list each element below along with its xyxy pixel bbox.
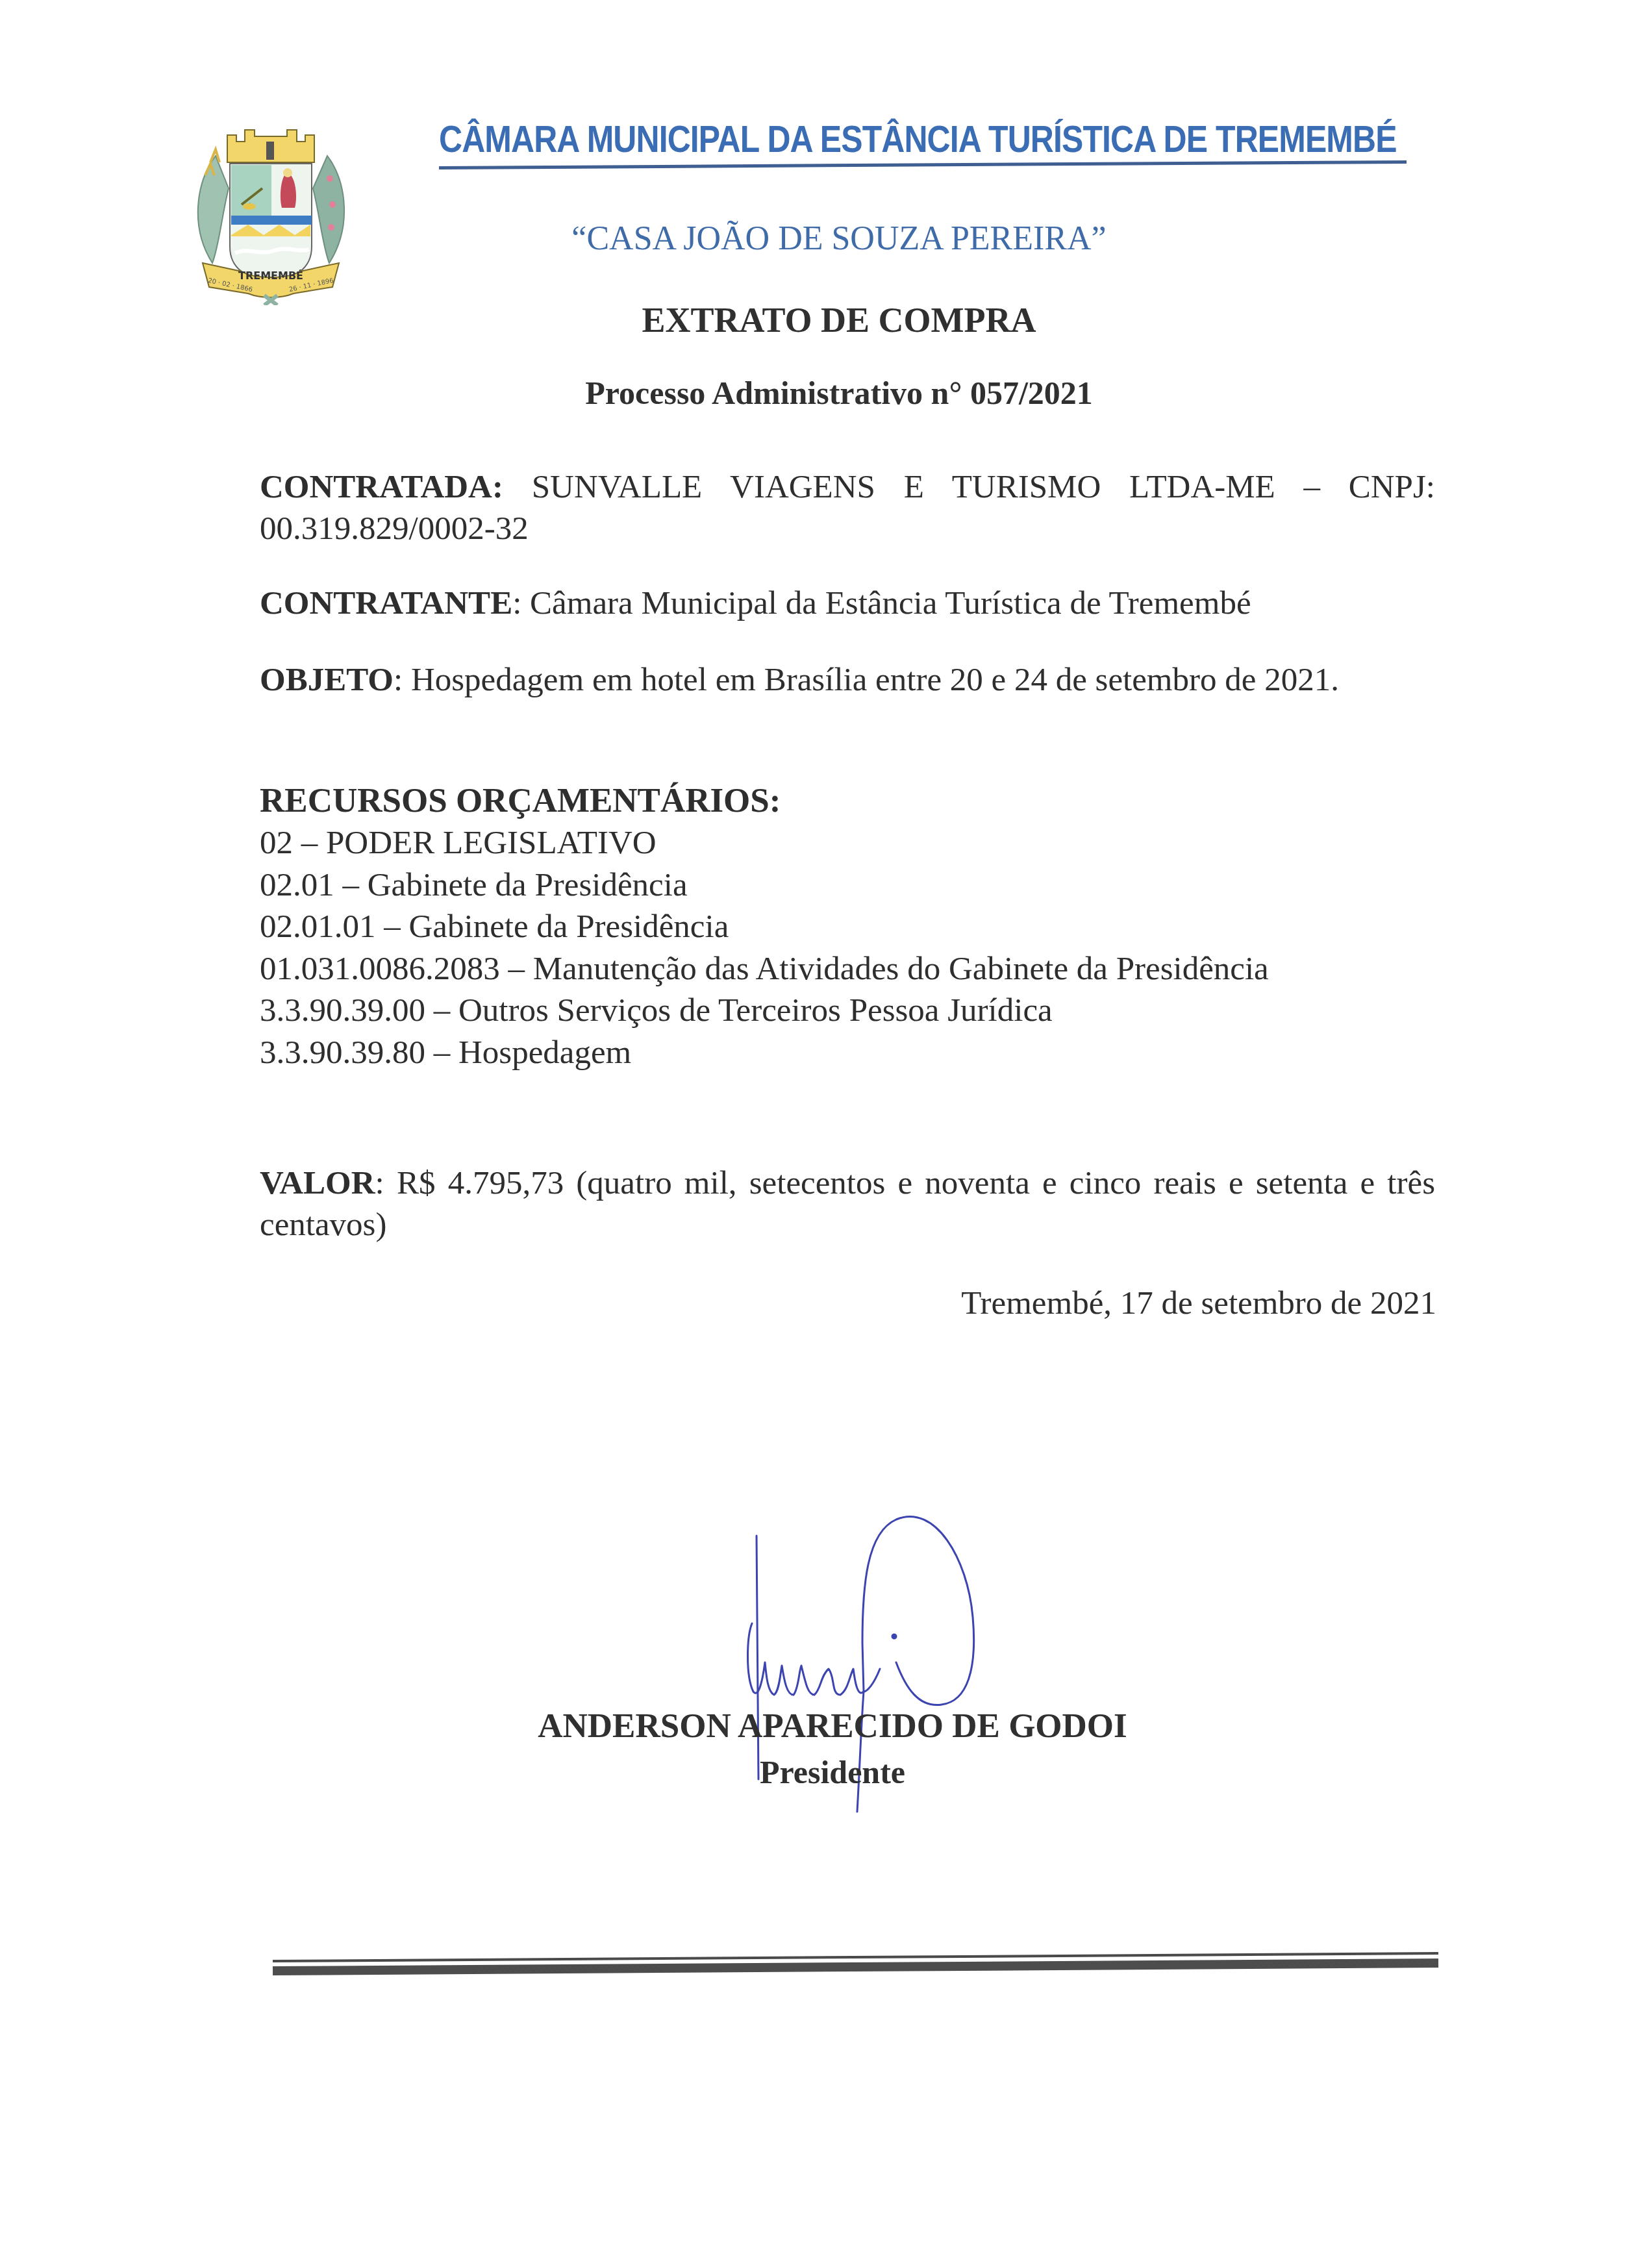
signer-role: Presidente — [0, 1753, 1652, 1791]
svg-text:TREMEMBÉ: TREMEMBÉ — [238, 269, 303, 282]
budget-line: 02.01.01 – Gabinete da Presidência — [260, 906, 1435, 948]
process-number: Processo Administrativo n° 057/2021 — [0, 374, 1652, 412]
budget-line: 02.01 – Gabinete da Presidência — [260, 864, 1435, 907]
budget-line: 3.3.90.39.00 – Outros Serviços de Tercei… — [260, 990, 1435, 1032]
signer-name: ANDERSON APARECIDO DE GODOI — [0, 1707, 1652, 1746]
contratada-label: CONTRATADA: — [260, 469, 503, 505]
coat-of-arms-icon: TREMEMBÉ 20 · 02 · 1866 26 · 11 · 1896 — [177, 117, 365, 305]
place-and-date: Tremembé, 17 de setembro de 2021 — [961, 1284, 1436, 1322]
institution-title: CÂMARA MUNICIPAL DA ESTÂNCIA TURÍSTICA D… — [439, 117, 1277, 162]
budget-resources-section: RECURSOS ORÇAMENTÁRIOS: 02 – PODER LEGIS… — [260, 779, 1435, 1073]
objeto-paragraph: OBJETO: Hospedagem em hotel em Brasília … — [260, 659, 1435, 701]
document-title: EXTRATO DE COMPRA — [0, 300, 1652, 340]
contratante-label: CONTRATANTE — [260, 585, 512, 621]
budget-line: 01.031.0086.2083 – Manutenção das Ativid… — [260, 948, 1435, 990]
institution-subtitle: “CASA JOÃO DE SOUZA PEREIRA” — [0, 219, 1652, 258]
contratante-value: : Câmara Municipal da Estância Turística… — [512, 585, 1251, 621]
budget-line: 3.3.90.39.80 – Hospedagem — [260, 1032, 1435, 1074]
budget-line: 02 – PODER LEGISLATIVO — [260, 822, 1435, 864]
budget-resources-label: RECURSOS ORÇAMENTÁRIOS: — [260, 779, 1435, 822]
objeto-value: : Hospedagem em hotel em Brasília entre … — [394, 662, 1339, 698]
handwritten-signature-icon — [734, 1507, 1097, 1844]
valor-value: : R$ 4.795,73 (quatro mil, setecentos e … — [260, 1165, 1435, 1243]
objeto-label: OBJETO — [260, 662, 394, 698]
contratada-paragraph: CONTRATADA: SUNVALLE VIAGENS E TURISMO L… — [260, 466, 1435, 549]
valor-paragraph: VALOR: R$ 4.795,73 (quatro mil, setecent… — [260, 1162, 1435, 1245]
valor-label: VALOR — [260, 1165, 375, 1201]
contratante-paragraph: CONTRATANTE: Câmara Municipal da Estânci… — [260, 582, 1435, 624]
